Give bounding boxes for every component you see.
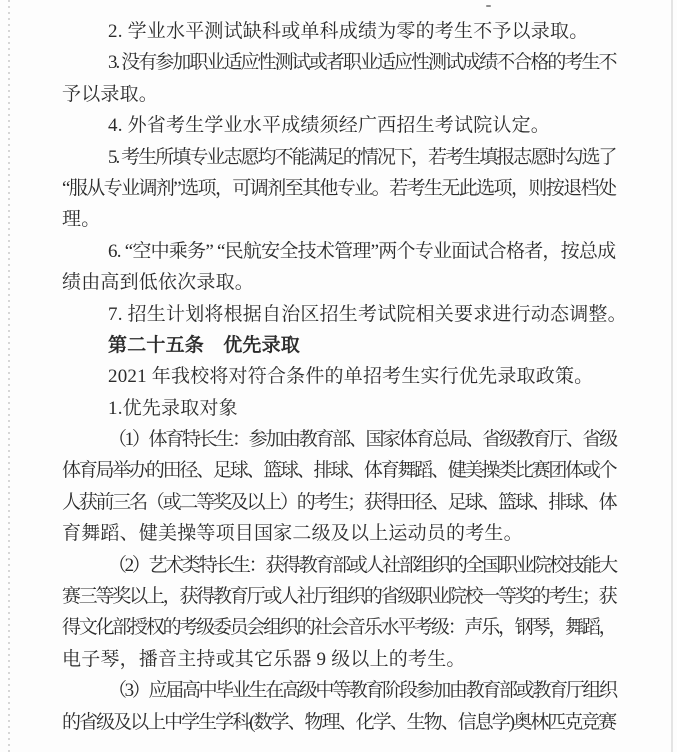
scan-edge-right [671,0,673,752]
text-line-policy-intro: 2021 年我校将对符合条件的单招考生实行优先录取政策。 [62,361,622,392]
text-line-item-2: 2. 学业水平测试缺科或单科成绩为零的考生不予以录取。 [62,16,622,47]
text-line-sub2-cont: 赛三等奖以上，获得教育厅或人社厅组织的省级职业院校一等奖的考生；获 [62,581,622,612]
text-line-item-5: 5. 考生所填专业志愿均不能满足的情况下，若考生填报志愿时勾选了 [62,142,622,173]
text-line-text: 2. 学业水平测试缺科或单科成绩为零的考生不予以录取。 [108,21,588,42]
text-line-text: 赛三等奖以上，获得教育厅或人社厅组织的省级职业院校一等奖的考生；获 [62,586,615,607]
text-line-priority-targets: 1.优先录取对象 [62,393,622,424]
text-line-text: 7. 招生计划将根据自治区招生考试院相关要求进行动态调整。 [108,304,627,325]
text-line-text: 绩由高到低依次录取。 [62,272,254,293]
text-line-item-4: 4. 外省考生学业水平成绩须经广西招生考试院认定。 [62,110,622,141]
text-line-sub2-cont2: 得文化部授权的考级委员会组织的社会音乐水平考级：声乐，钢琴，舞蹈， [62,612,622,643]
text-line-item-7: 7. 招生计划将根据自治区招生考试院相关要求进行动态调整。 [62,299,622,330]
text-line-sub3: （3）应届高中毕业生在高级中等教育阶段参加由教育部或教育厅组织 [62,675,622,706]
text-line-text: 的省级及以上中学生学科(数学、物理、化学、生物、信息学)奥林匹克竞赛 [62,712,615,733]
scan-speck-artifact [486,5,491,7]
text-line-item-5-cont: “服从专业调剂”选项，可调剂至其他专业。若考生无此选项，则按退档处 [62,173,622,204]
text-line-sub3-cont: 的省级及以上中学生学科(数学、物理、化学、生物、信息学)奥林匹克竞赛 [62,707,622,738]
scanned-document-page: 2. 学业水平测试缺科或单科成绩为零的考生不予以录取。 3. 没有参加职业适应性… [0,0,677,752]
text-line-item-6: 6. “空中乘务” “民航安全技术管理”两个专业面试合格者，按总成 [62,236,622,267]
text-line-text: （2）艺术类特长生：获得教育部或人社部组织的全国职业院校技能大 [108,555,616,576]
text-line-sub1-cont2: 人获前三名（或二等奖及以上）的考生；获得田径、足球、篮球、排球、体 [62,487,622,518]
article-25-heading: 第二十五条 优先录取 [62,330,622,361]
text-line-text: 第二十五条 优先录取 [108,335,300,356]
text-line-sub1-cont3: 育舞蹈、健美操等项目国家二级及以上运动员的考生。 [62,518,622,549]
text-line-text: 3. 没有参加职业适应性测试或者职业适应性测试成绩不合格的考生不 [108,52,616,73]
text-line-text: 2021 年我校将对符合条件的单招考生实行优先录取政策。 [108,366,593,387]
text-line-item-6-cont: 绩由高到低依次录取。 [62,267,622,298]
text-column: 2. 学业水平测试缺科或单科成绩为零的考生不予以录取。 3. 没有参加职业适应性… [62,16,622,738]
text-line-sub2: （2）艺术类特长生：获得教育部或人社部组织的全国职业院校技能大 [62,550,622,581]
text-line-text: 4. 外省考生学业水平成绩须经广西招生考试院认定。 [108,115,550,136]
text-line-text: 5. 考生所填专业志愿均不能满足的情况下，若考生填报志愿时勾选了 [108,147,616,168]
text-line-item-3-cont: 予以录取。 [62,79,622,110]
text-line-text: “服从专业调剂”选项，可调剂至其他专业。若考生无此选项，则按退档处 [62,178,615,199]
text-line-text: 予以录取。 [62,84,158,105]
text-line-text: 1.优先录取对象 [108,398,238,419]
text-line-text: 6. “空中乘务” “民航安全技术管理”两个专业面试合格者，按总成 [108,241,615,262]
text-line-text: 理。 [62,209,100,230]
text-line-sub1-cont: 体育局举办的田径、足球、篮球、排球、体育舞蹈、健美操类比赛团体或个 [62,455,622,486]
text-line-item-3: 3. 没有参加职业适应性测试或者职业适应性测试成绩不合格的考生不 [62,47,622,78]
text-line-item-5-cont2: 理。 [62,204,622,235]
scan-edge-left [8,0,10,752]
text-line-sub2-cont3: 电子琴，播音主持或其它乐器 9 级以上的考生。 [62,644,622,675]
text-line-text: 体育局举办的田径、足球、篮球、排球、体育舞蹈、健美操类比赛团体或个 [62,460,615,481]
text-line-text: （3）应届高中毕业生在高级中等教育阶段参加由教育部或教育厅组织 [108,680,616,701]
text-line-text: 电子琴，播音主持或其它乐器 9 级以上的考生。 [62,649,466,670]
text-line-text: （1）体育特长生：参加由教育部、国家体育总局、省级教育厅、省级 [108,429,616,450]
text-line-sub1: （1）体育特长生：参加由教育部、国家体育总局、省级教育厅、省级 [62,424,622,455]
text-line-text: 得文化部授权的考级委员会组织的社会音乐水平考级：声乐，钢琴，舞蹈， [62,617,615,638]
text-line-text: 育舞蹈、健美操等项目国家二级及以上运动员的考生。 [62,523,523,544]
text-line-text: 人获前三名（或二等奖及以上）的考生；获得田径、足球、篮球、排球、体 [62,492,615,513]
